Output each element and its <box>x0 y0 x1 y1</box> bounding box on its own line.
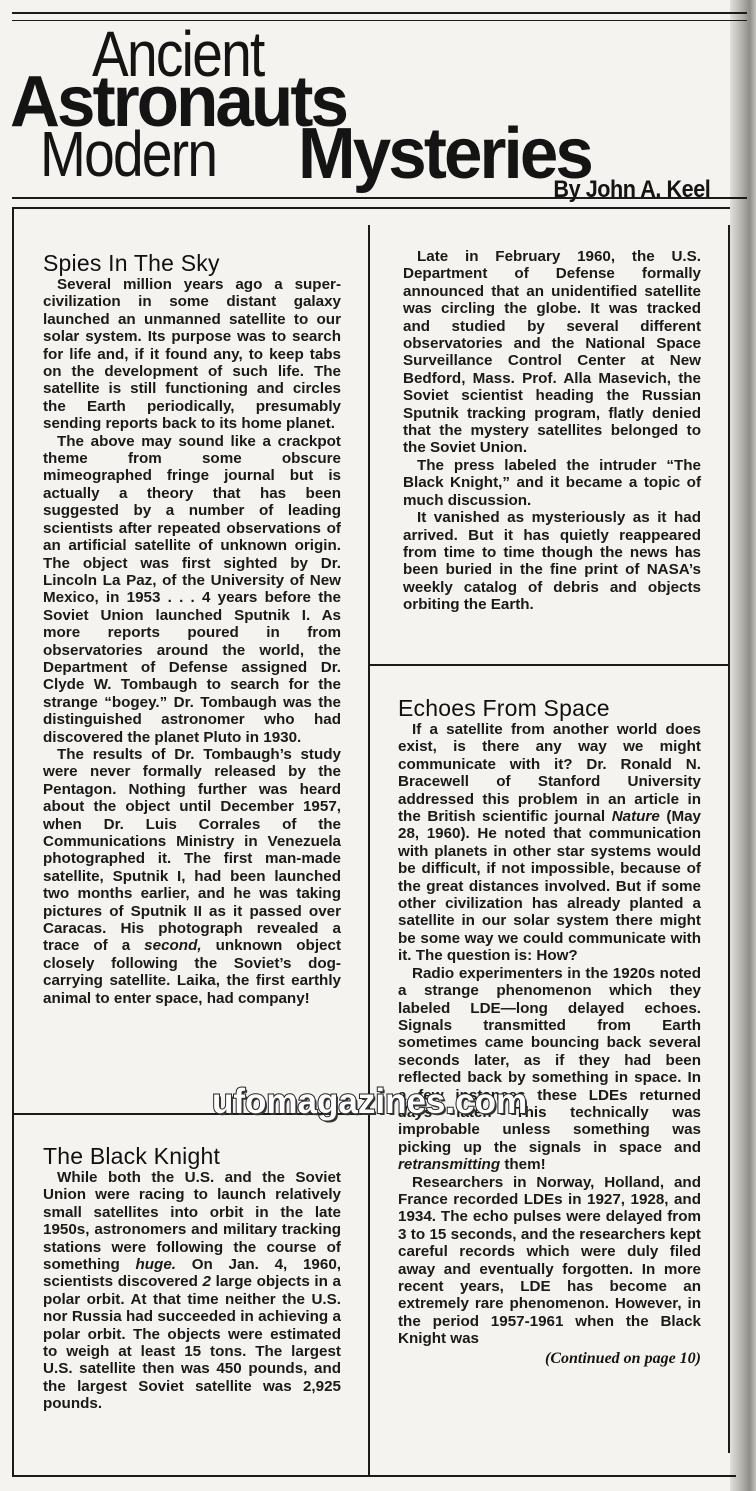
paragraph: Late in February 1960, the U.S. Departme… <box>403 248 701 457</box>
text-run: The results of Dr. Tombaugh’s study were… <box>43 746 341 954</box>
paragraph: Radio experimenters in the 1920s noted a… <box>398 965 701 1174</box>
frame-right-border <box>728 225 730 1453</box>
article-black-knight-continued: Late in February 1960, the U.S. Departme… <box>403 248 701 614</box>
paragraph: The results of Dr. Tombaugh’s study were… <box>43 746 341 1007</box>
top-rule-1 <box>12 12 747 14</box>
paragraph: Several million years ago a super-civili… <box>43 276 341 433</box>
article-spies-in-the-sky: Spies In The Sky Several million years a… <box>43 250 341 1007</box>
text-run: them! <box>500 1156 546 1173</box>
byline: By John A. Keel <box>553 176 710 204</box>
continued-on-page-link[interactable]: (Continued on page 10) <box>398 1349 701 1368</box>
paragraph: If a satellite from another world does e… <box>398 721 701 965</box>
text-run: large objects in a polar orbit. At that … <box>43 1273 341 1412</box>
watermark: ufomagazines.com <box>212 1082 527 1122</box>
emphasis: second, <box>144 937 201 954</box>
title-bottom-rule <box>12 197 747 199</box>
heading-black-knight: The Black Knight <box>43 1143 341 1169</box>
masthead: Ancient Astronauts Modern Mysteries By J… <box>10 18 740 198</box>
text-run: (May 28, 1960). He noted that communicat… <box>398 808 701 964</box>
paragraph: Researchers in Norway, Holland, and Fran… <box>398 1174 701 1348</box>
page-binding-shadow <box>730 0 756 1491</box>
paragraph: The above may sound like a crackpot them… <box>43 433 341 746</box>
emphasis: Nature <box>612 808 660 825</box>
emphasis: retransmitting <box>398 1156 500 1173</box>
emphasis: 2 <box>203 1273 211 1290</box>
frame-top-border <box>12 207 730 209</box>
article-echoes-from-space: Echoes From Space If a satellite from an… <box>398 695 701 1368</box>
heading-spies-in-the-sky: Spies In The Sky <box>43 250 341 276</box>
paragraph: The press labeled the intruder “The Blac… <box>403 457 701 509</box>
article-black-knight: The Black Knight While both the U.S. and… <box>43 1143 341 1413</box>
column-divider <box>368 225 370 1475</box>
paragraph: It vanished as mysteriously as it had ar… <box>403 509 701 613</box>
frame-bottom-border <box>12 1475 736 1477</box>
title-modern: Modern <box>40 122 216 186</box>
title-mysteries: Mysteries <box>298 118 591 190</box>
frame-left-border <box>12 207 14 1475</box>
paragraph: While both the U.S. and the Soviet Union… <box>43 1169 341 1413</box>
emphasis: huge. <box>136 1256 177 1273</box>
heading-echoes-from-space: Echoes From Space <box>398 695 701 721</box>
right-column-section-divider <box>368 664 730 666</box>
